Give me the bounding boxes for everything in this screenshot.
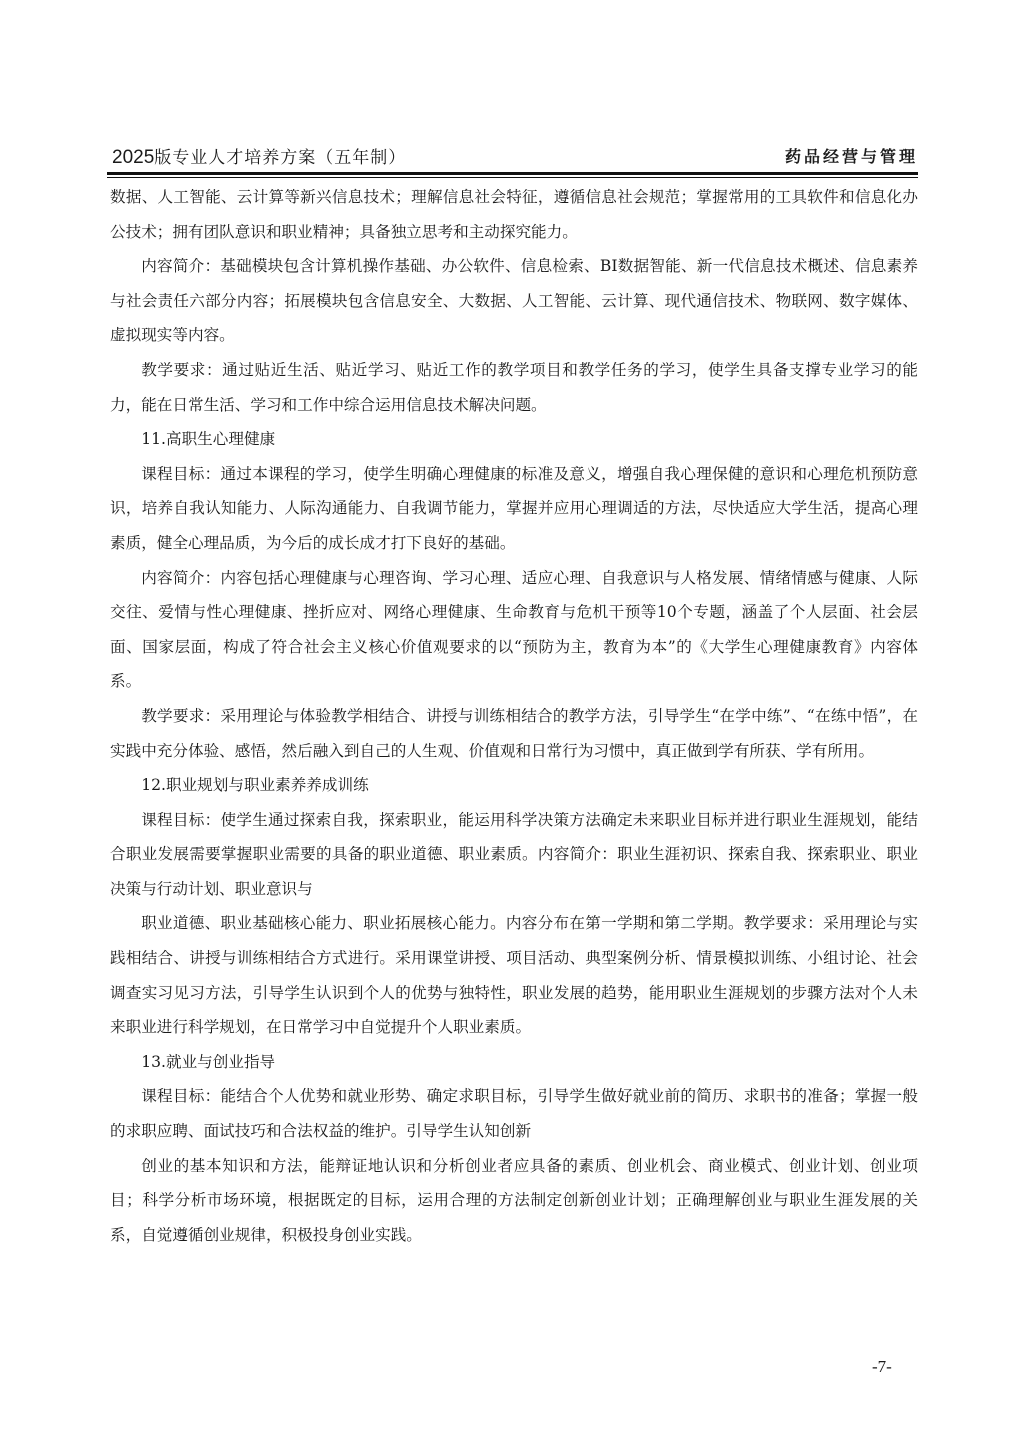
- document-title: 2025版专业人才培养方案（五年制）: [112, 143, 406, 169]
- paragraph: 教学要求：通过贴近生活、贴近学习、贴近工作的教学项目和教学任务的学习，使学生具备…: [110, 353, 918, 422]
- paragraph: 内容简介：内容包括心理健康与心理咨询、学习心理、适应心理、自我意识与人格发展、情…: [110, 561, 918, 699]
- paragraph: 课程目标：通过本课程的学习，使学生明确心理健康的标准及意义，增强自我心理保健的意…: [110, 457, 918, 561]
- section-heading: 12.职业规划与职业素养养成训练: [110, 768, 918, 803]
- section-heading: 11.高职生心理健康: [110, 422, 918, 457]
- major-name: 药品经营与管理: [785, 144, 918, 167]
- paragraph: 职业道德、职业基础核心能力、职业拓展核心能力。内容分布在第一学期和第二学期。教学…: [110, 906, 918, 1044]
- document-year: 2025: [112, 147, 154, 168]
- paragraph: 数据、人工智能、云计算等新兴信息技术；理解信息社会特征，遵循信息社会规范；掌握常…: [110, 180, 918, 249]
- paragraph: 内容简介：基础模块包含计算机操作基础、办公软件、信息检索、BI数据智能、新一代信…: [110, 249, 918, 353]
- page-header: 2025版专业人才培养方案（五年制） 药品经营与管理: [112, 143, 918, 169]
- section-heading: 13.就业与创业指导: [110, 1045, 918, 1080]
- paragraph: 课程目标：使学生通过探索自我，探索职业，能运用科学决策方法确定未来职业目标并进行…: [110, 803, 918, 907]
- document-body: 数据、人工智能、云计算等新兴信息技术；理解信息社会特征，遵循信息社会规范；掌握常…: [110, 180, 918, 1252]
- paragraph: 课程目标：能结合个人优势和就业形势、确定求职目标，引导学生做好就业前的简历、求职…: [110, 1079, 918, 1148]
- header-rule: [107, 172, 918, 178]
- page-number: -7-: [872, 1357, 892, 1377]
- paragraph: 教学要求：采用理论与体验教学相结合、讲授与训练相结合的教学方法，引导学生“在学中…: [110, 699, 918, 768]
- paragraph: 创业的基本知识和方法，能辩证地认识和分析创业者应具备的素质、创业机会、商业模式、…: [110, 1149, 918, 1253]
- document-title-text: 版专业人才培养方案（五年制）: [154, 148, 406, 168]
